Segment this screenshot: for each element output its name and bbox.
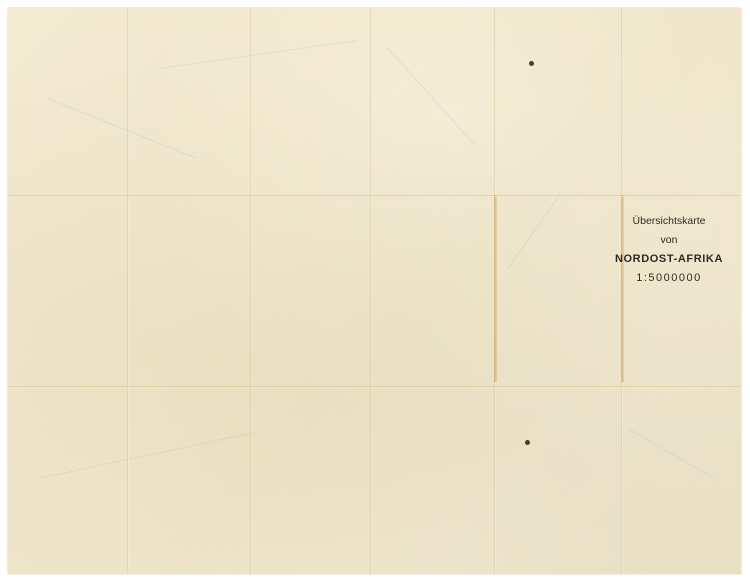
map-trace-line (388, 48, 476, 145)
map-trace-line (158, 40, 356, 69)
map-trace-line (38, 432, 253, 479)
map-trace-line (628, 428, 715, 479)
fold-vertical-2 (250, 8, 252, 574)
map-title-region: NORDOST-AFRIKA (614, 253, 724, 265)
map-trace-line (508, 194, 560, 268)
fold-horizontal-1 (8, 195, 741, 197)
map-title-of: von (614, 234, 724, 246)
fold-vertical-3 (370, 8, 372, 574)
fold-horizontal-2 (8, 386, 741, 388)
fold-vertical-4-lower (494, 382, 496, 574)
map-title-block: Übersichtskarte von NORDOST-AFRIKA 1:500… (614, 215, 724, 284)
fold-vertical-1 (127, 8, 129, 574)
fold-vertical-5-lower (621, 382, 623, 574)
pin-hole-mark (529, 61, 534, 66)
fold-vertical-4 (494, 8, 496, 195)
map-scale: 1:5000000 (614, 272, 724, 284)
map-title-overview: Übersichtskarte (614, 215, 724, 227)
map-trace-line (48, 98, 197, 159)
fold-vertical-4-stained (494, 195, 497, 382)
fold-vertical-5 (621, 8, 623, 195)
folded-map-sheet (8, 8, 741, 574)
pin-hole-mark (525, 440, 530, 445)
